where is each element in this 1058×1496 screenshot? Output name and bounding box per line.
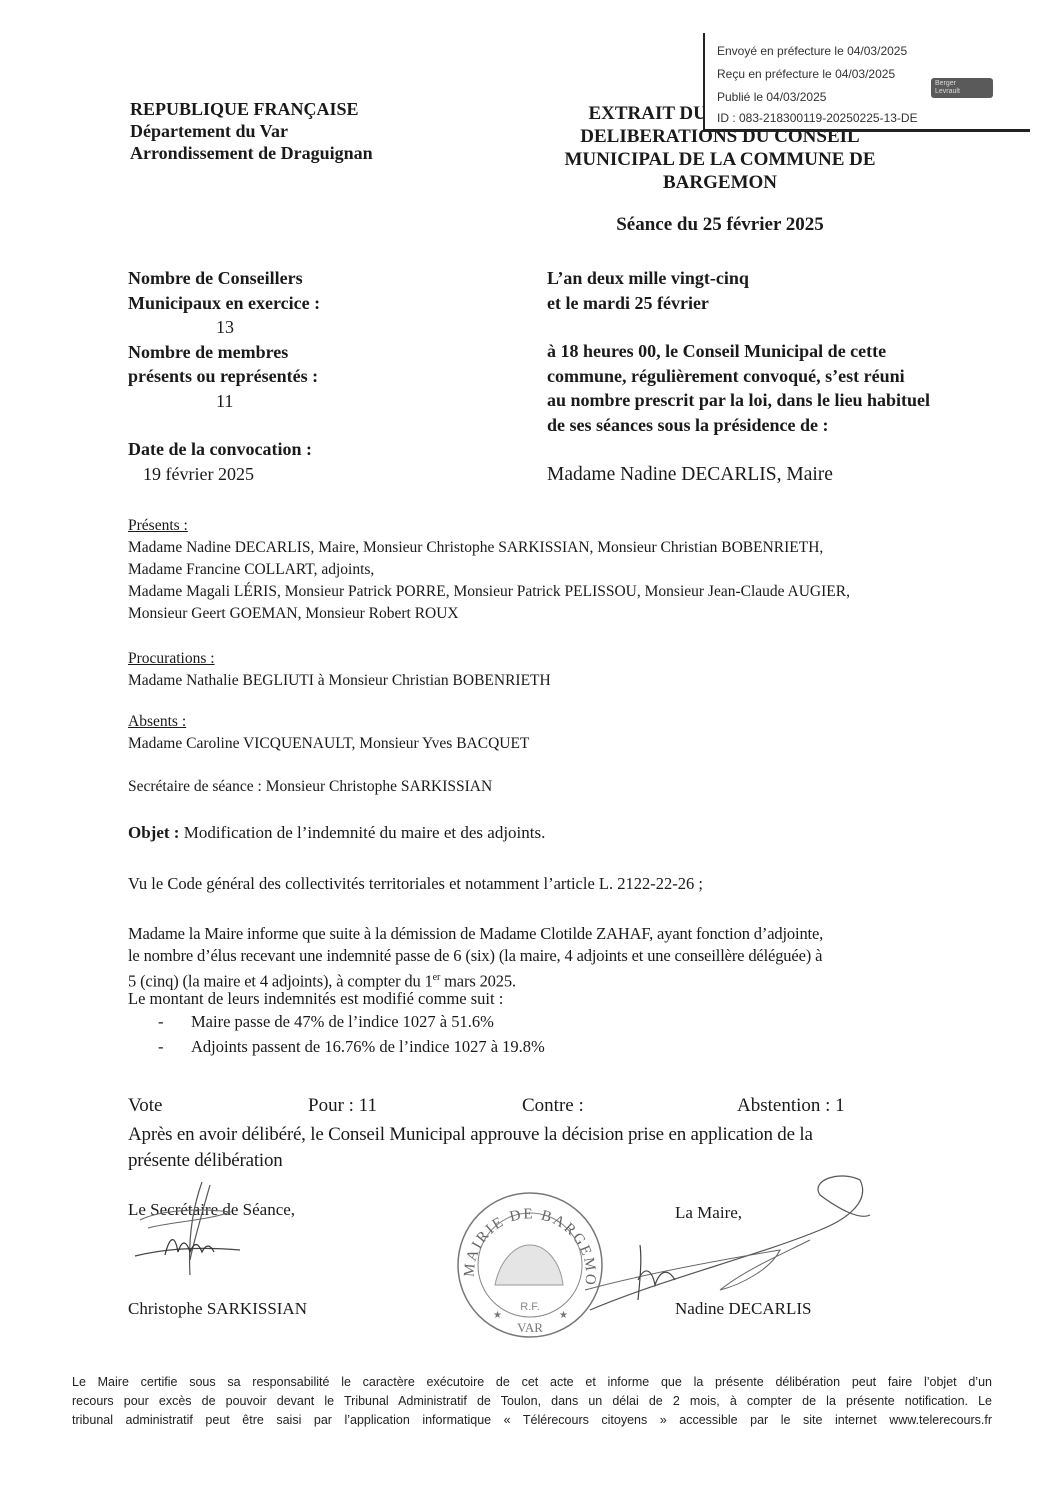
bullet-text: Maire passe de 47% de l’indice 1027 à 51…	[191, 1012, 494, 1031]
footer-line3: tribunal administratif peut être saisi p…	[72, 1411, 992, 1430]
extrait-text: EXTRAIT DU	[588, 103, 711, 124]
para-line2: le nombre d’élus recevant une indemnité …	[128, 945, 998, 967]
svg-text:★: ★	[559, 1310, 568, 1321]
header-left: REPUBLIQUE FRANÇAISE Département du Var …	[130, 98, 373, 164]
preamble-block: L’an deux mille vingt-cinq et le mardi 2…	[547, 266, 997, 437]
conseillers-label-1: Nombre de Conseillers	[128, 266, 320, 291]
svg-text:VAR: VAR	[517, 1320, 543, 1335]
spacer	[547, 315, 997, 339]
prefecture-stamp: Envoyé en préfecture le 04/03/2025 Reçu …	[703, 33, 1030, 132]
republique: REPUBLIQUE FRANÇAISE	[130, 98, 373, 120]
bullet-text: Adjoints passent de 16.76% de l’indice 1…	[191, 1037, 545, 1056]
preamble-line6: de ses séances sous la présidence de :	[547, 413, 997, 438]
legal-footer: Le Maire certifie sous sa responsabilité…	[72, 1373, 992, 1430]
presents-block: Présents : Madame Nadine DECARLIS, Maire…	[128, 515, 988, 625]
preamble-line1: L’an deux mille vingt-cinq	[547, 266, 997, 291]
absents-label: Absents :	[128, 711, 988, 733]
deliberation-paragraph: Madame la Maire informe que suite à la d…	[128, 923, 998, 993]
secretaire-name: Christophe SARKISSIAN	[128, 1299, 307, 1319]
presents-line: Madame Francine COLLART, adjoints,	[128, 559, 988, 581]
vote-label: Vote	[128, 1095, 162, 1117]
footer-line1: Le Maire certifie sous sa responsabilité…	[72, 1373, 992, 1392]
extrait-title-line4: BARGEMON	[530, 171, 910, 194]
presents-line: Madame Magali LÉRIS, Monsieur Patrick PO…	[128, 581, 988, 603]
mayor-signature-icon	[580, 1160, 880, 1300]
procurations-text: Madame Nathalie BEGLIUTI à Monsieur Chri…	[128, 670, 988, 692]
footer-line2: recours pour excès de pouvoir devant le …	[72, 1392, 992, 1411]
montant-intro: Le montant de leurs indemnités est modif…	[128, 988, 503, 1010]
extrait-title-line3: MUNICIPAL DE LA COMMUNE DE	[530, 148, 910, 171]
svg-text:★: ★	[493, 1310, 502, 1321]
vote-contre: Contre :	[522, 1095, 584, 1117]
preamble-line5: au nombre prescrit par la loi, dans le l…	[547, 388, 997, 413]
vote-abstention: Abstention : 1	[737, 1095, 845, 1117]
conseillers-value: 13	[128, 315, 320, 340]
procurations-label: Procurations :	[128, 648, 988, 670]
bullet-maire: -Maire passe de 47% de l’indice 1027 à 5…	[158, 1012, 494, 1032]
para-line1: Madame la Maire informe que suite à la d…	[128, 923, 998, 945]
conclusion-line1: Après en avoir délibéré, le Conseil Muni…	[128, 1122, 978, 1148]
vu-code: Vu le Code général des collectivités ter…	[128, 874, 703, 894]
maire-name: Nadine DECARLIS	[675, 1299, 811, 1319]
spacer	[128, 413, 320, 437]
president: Madame Nadine DECARLIS, Maire	[547, 464, 833, 486]
membres-label-1: Nombre de membres	[128, 340, 320, 365]
absents-text: Madame Caroline VICQUENAULT, Monsieur Yv…	[128, 733, 988, 755]
berger-levrault-logo: Berger Levrault	[931, 78, 993, 98]
bullet-adjoints: -Adjoints passent de 16.76% de l’indice …	[158, 1037, 545, 1057]
bullet-dash: -	[158, 1037, 191, 1057]
preamble-line2: et le mardi 25 février	[547, 291, 997, 316]
procurations-block: Procurations : Madame Nathalie BEGLIUTI …	[128, 648, 988, 692]
badge-line2: Levrault	[935, 88, 989, 96]
objet-label: Objet :	[128, 823, 179, 842]
bullet-dash: -	[158, 1012, 191, 1032]
departement: Département du Var	[130, 120, 373, 142]
objet-text: Modification de l’indemnité du maire et …	[179, 823, 545, 842]
convocation-label: Date de la convocation :	[128, 437, 320, 462]
stamp-sent: Envoyé en préfecture le 04/03/2025	[717, 44, 907, 58]
summary-block: Nombre de Conseillers Municipaux en exer…	[128, 266, 320, 486]
preamble-line3: à 18 heures 00, le Conseil Municipal de …	[547, 339, 997, 364]
vote-pour: Pour : 11	[308, 1095, 377, 1117]
presents-label: Présents :	[128, 515, 988, 537]
svg-text:R.F.: R.F.	[520, 1301, 540, 1313]
secretary-signature-icon	[130, 1180, 250, 1280]
secretaire-seance: Secrétaire de séance : Monsieur Christop…	[128, 776, 988, 798]
objet: Objet : Modification de l’indemnité du m…	[128, 823, 545, 843]
membres-value: 11	[128, 389, 320, 414]
absents-block: Absents : Madame Caroline VICQUENAULT, M…	[128, 711, 988, 755]
membres-label-2: présents ou représentés :	[128, 364, 320, 389]
arrondissement: Arrondissement de Draguignan	[130, 142, 373, 164]
stamp-published: Publié le 04/03/2025	[717, 90, 826, 104]
stamp-id: ID : 083-218300119-20250225-13-DE	[717, 111, 918, 125]
stamp-received: Reçu en préfecture le 04/03/2025	[717, 67, 895, 81]
presents-line: Madame Nadine DECARLIS, Maire, Monsieur …	[128, 537, 988, 559]
presents-line: Monsieur Geert GOEMAN, Monsieur Robert R…	[128, 603, 988, 625]
conseillers-label-2: Municipaux en exercice :	[128, 291, 320, 316]
badge-line1: Berger	[935, 80, 989, 88]
convocation-value: 19 février 2025	[128, 462, 320, 487]
preamble-line4: commune, régulièrement convoqué, s’est r…	[547, 364, 997, 389]
seance-date: Séance du 25 février 2025	[530, 214, 910, 236]
